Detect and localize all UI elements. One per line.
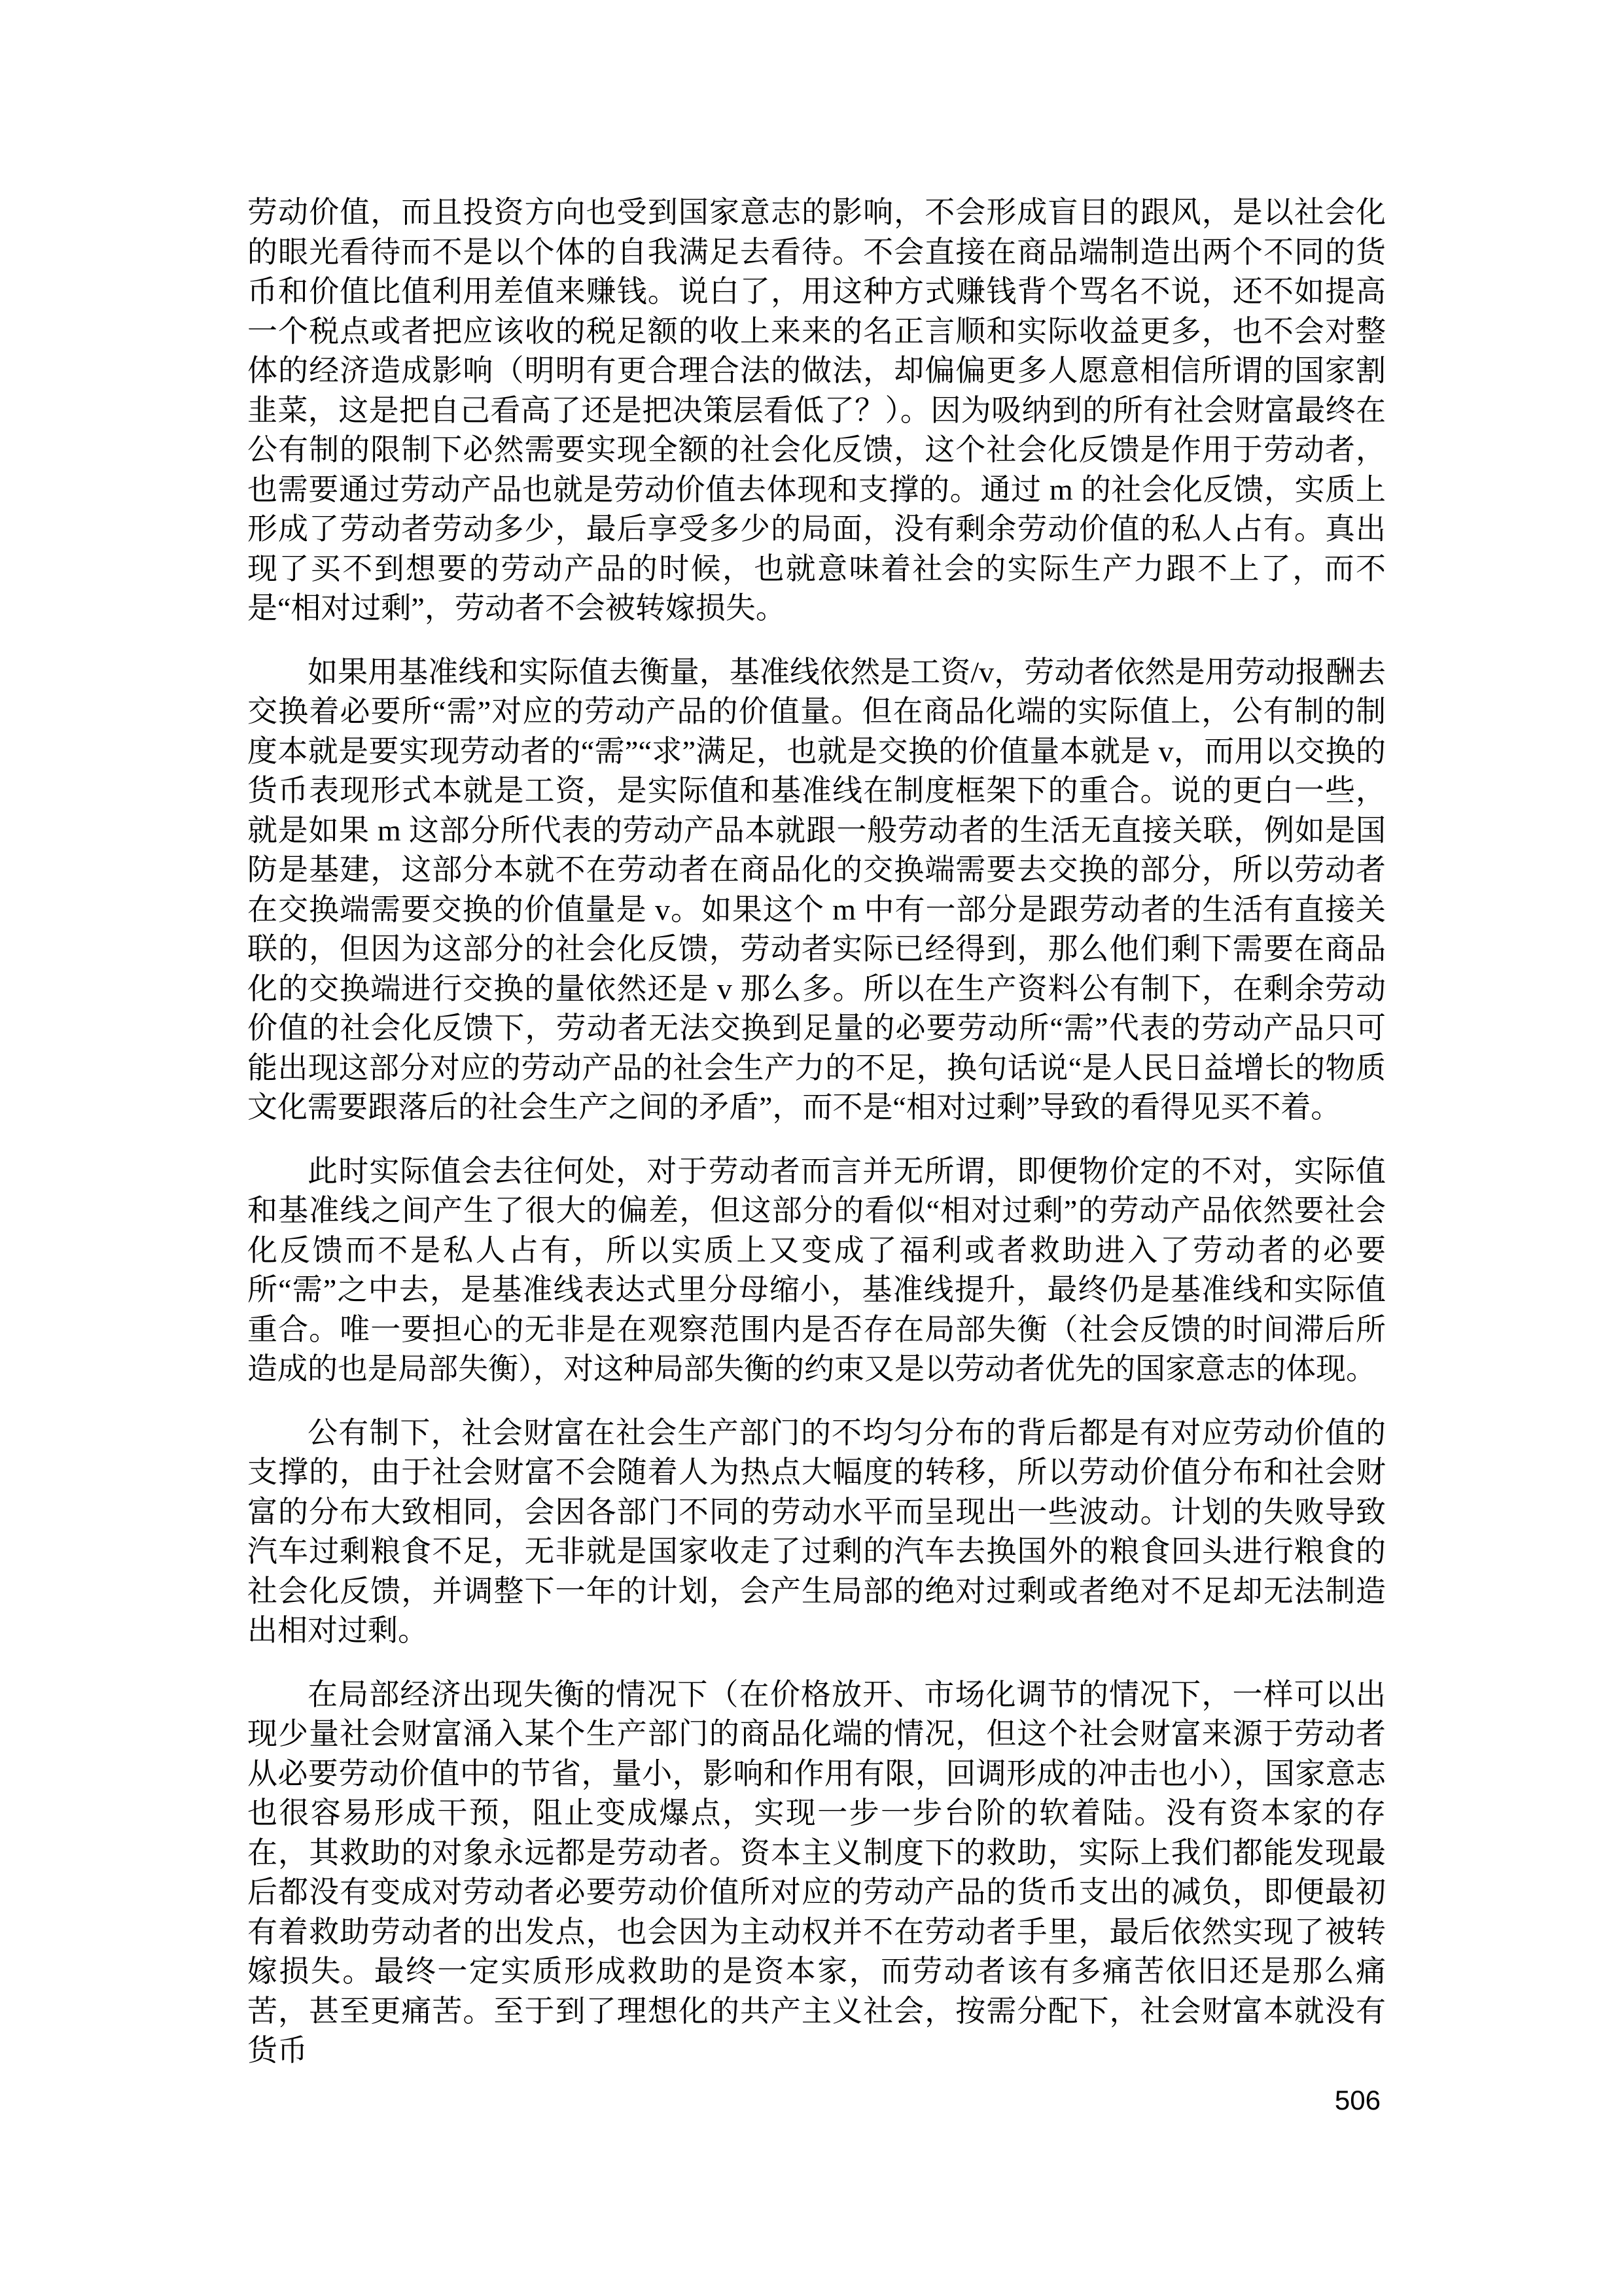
paragraph-1: 劳动价值，而且投资方向也受到国家意志的影响，不会形成盲目的跟风，是以社会化的眼光… [247, 193, 1386, 629]
paragraph-5: 在局部经济出现失衡的情况下（在价格放开、市场化调节的情况下，一样可以出现少量社会… [247, 1675, 1386, 2071]
page-number: 506 [1335, 2087, 1381, 2114]
paragraph-2: 如果用基准线和实际值去衡量，基准线依然是工资/v，劳动者依然是用劳动报酬去交换着… [247, 653, 1386, 1128]
document-page: 劳动价值，而且投资方向也受到国家意志的影响，不会形成盲目的跟风，是以社会化的眼光… [0, 0, 1624, 2296]
paragraph-3: 此时实际值会去往何处，对于劳动者而言并无所谓，即便物价定的不对，实际值和基准线之… [247, 1152, 1386, 1389]
text-block: 劳动价值，而且投资方向也受到国家意志的影响，不会形成盲目的跟风，是以社会化的眼光… [247, 193, 1386, 2095]
paragraph-4: 公有制下，社会财富在社会生产部门的不均匀分布的背后都是有对应劳动价值的支撑的，由… [247, 1414, 1386, 1651]
